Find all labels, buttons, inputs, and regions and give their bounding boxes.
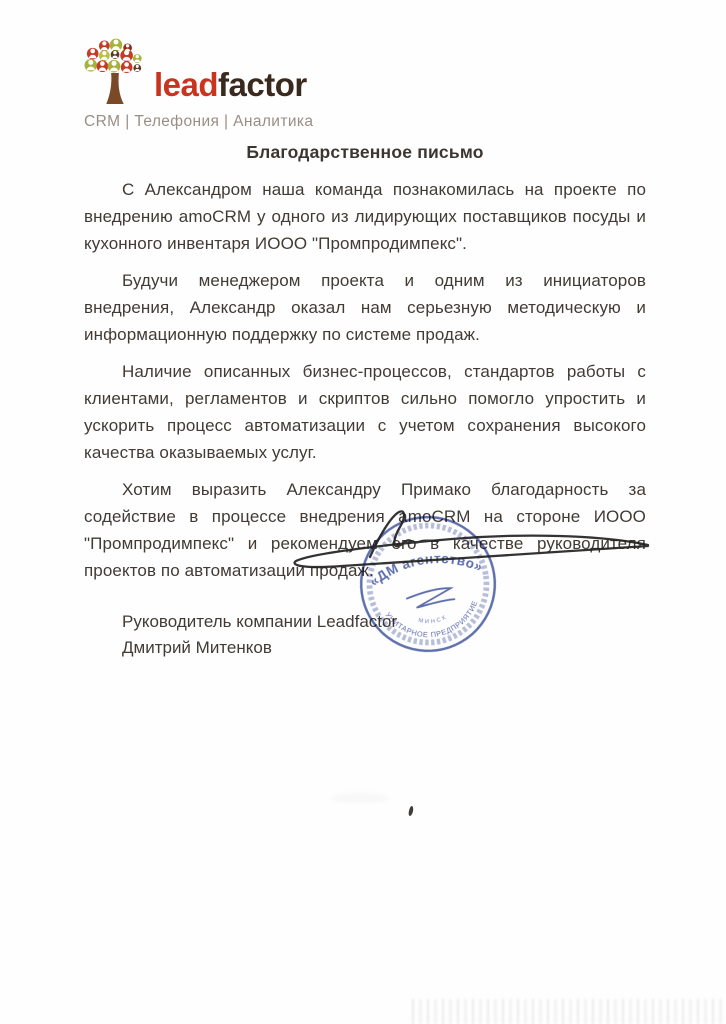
leadfactor-logo: leadfactor CRM | Телефония | Аналитика [84,38,313,131]
logo-wordmark: leadfactor [154,68,307,101]
letter-page: leadfactor CRM | Телефония | Аналитика Б… [0,0,726,1024]
letter-paragraph-3: Наличие описанных бизнес-процессов, стан… [84,358,646,466]
scan-artifact-faint-smudge [330,793,390,803]
logo-text-factor: factor [218,66,307,103]
scan-artifact-speck [408,806,414,817]
logo-tagline: CRM | Телефония | Аналитика [84,113,313,131]
scan-artifact-bottom-streaks [412,999,726,1024]
letter-title: Благодарственное письмо [84,142,646,163]
stamp-city-text: МИНСК [417,614,450,628]
letter-paragraph-1: С Александром наша команда познакомилась… [84,176,646,257]
svg-text:МИНСК: МИНСК [417,614,450,628]
stamp-z-flourish [406,587,455,609]
logo-tree-icon [84,38,146,108]
letter-paragraph-2: Будучи менеджером проекта и одним из ини… [84,267,646,348]
logo-text-lead: lead [154,66,218,103]
handwritten-signature [282,505,664,587]
